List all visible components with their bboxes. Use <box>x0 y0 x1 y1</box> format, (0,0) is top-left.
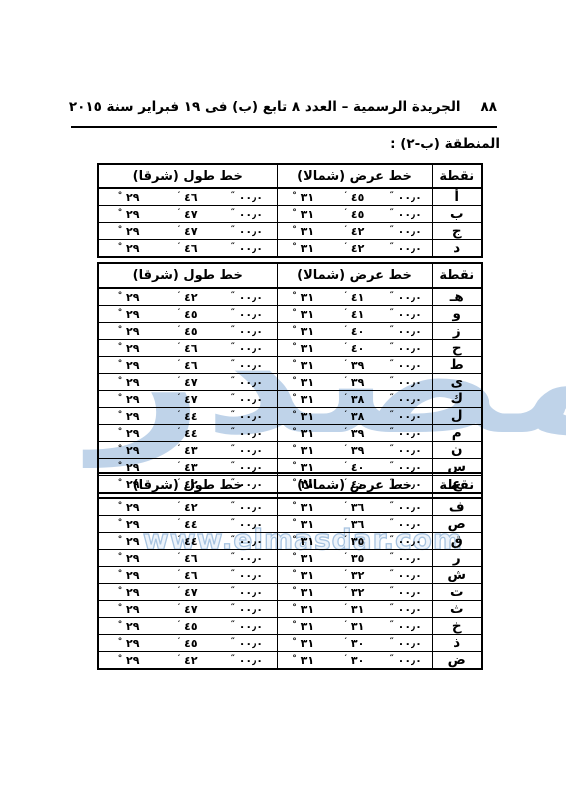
seconds-symbol: ″ <box>390 359 394 369</box>
minutes-symbol: ′ <box>178 586 180 596</box>
degrees-symbol: ° <box>118 620 123 630</box>
degrees-symbol: ° <box>118 586 123 596</box>
minutes-value: ′ ٤٥ <box>158 620 217 633</box>
degrees-symbol: ° <box>292 376 297 386</box>
minutes-value: ′ ٤٧ <box>158 376 217 389</box>
latitude-column-header: خط عرض (شمالا) <box>277 263 432 288</box>
degrees-symbol: ° <box>118 393 123 403</box>
longitude-cell: ° ٢٩′ ٤٥″ ٠٠٫٠ <box>98 618 277 635</box>
minutes-symbol: ′ <box>345 552 347 562</box>
minutes-symbol: ′ <box>345 535 347 545</box>
degrees-symbol: ° <box>292 308 297 318</box>
longitude-cell: ° ٢٩′ ٤٢″ ٠٠٫٠ <box>98 498 277 516</box>
table-row: ى° ٣١′ ٣٩″ ٠٠٫٠° ٢٩′ ٤٧″ ٠٠٫٠ <box>98 374 482 391</box>
minutes-symbol: ′ <box>178 376 180 386</box>
longitude-cell: ° ٢٩′ ٤٦″ ٠٠٫٠ <box>98 550 277 567</box>
latitude-cell: ° ٣١′ ٤٠″ ٠٠٫٠ <box>277 340 432 357</box>
table-row: ب° ٣١′ ٤٥″ ٠٠٫٠° ٢٩′ ٤٧″ ٠٠٫٠ <box>98 206 482 223</box>
degrees-value: ° ٣١ <box>278 410 329 423</box>
point-label: ك <box>432 391 482 408</box>
latitude-cell: ° ٣١′ ٣٨″ ٠٠٫٠ <box>277 408 432 425</box>
degrees-value: ° ٢٩ <box>99 342 158 355</box>
seconds-symbol: ″ <box>390 325 394 335</box>
degrees-symbol: ° <box>292 325 297 335</box>
seconds-symbol: ″ <box>231 376 235 386</box>
point-label: ر <box>432 550 482 567</box>
degrees-value: ° ٢٩ <box>99 501 158 514</box>
minutes-symbol: ′ <box>178 208 180 218</box>
minutes-value: ′ ٣٩ <box>329 376 380 389</box>
degrees-symbol: ° <box>118 569 123 579</box>
minutes-symbol: ′ <box>178 225 180 235</box>
point-label: و <box>432 306 482 323</box>
degrees-symbol: ° <box>292 225 297 235</box>
minutes-symbol: ′ <box>345 586 347 596</box>
latitude-cell: ° ٣١′ ٤١″ ٠٠٫٠ <box>277 288 432 306</box>
degrees-value: ° ٢٩ <box>99 569 158 582</box>
table-row: ن° ٣١′ ٣٩″ ٠٠٫٠° ٢٩′ ٤٣″ ٠٠٫٠ <box>98 442 482 459</box>
longitude-cell: ° ٢٩′ ٤٤″ ٠٠٫٠ <box>98 533 277 550</box>
degrees-value: ° ٣١ <box>278 518 329 531</box>
table-row: و° ٣١′ ٤١″ ٠٠٫٠° ٢٩′ ٤٥″ ٠٠٫٠ <box>98 306 482 323</box>
latitude-cell: ° ٣١′ ٣١″ ٠٠٫٠ <box>277 601 432 618</box>
seconds-value: ″ ٠٠٫٠ <box>380 501 431 514</box>
seconds-value: ″ ٠٠٫٠ <box>380 637 431 650</box>
longitude-cell: ° ٢٩′ ٤٦″ ٠٠٫٠ <box>98 240 277 258</box>
seconds-symbol: ″ <box>231 359 235 369</box>
seconds-value: ″ ٠٠٫٠ <box>217 208 276 221</box>
longitude-column-header: خط طول (شرقا) <box>98 473 277 498</box>
seconds-value: ″ ٠٠٫٠ <box>380 325 431 338</box>
minutes-symbol: ′ <box>178 308 180 318</box>
degrees-symbol: ° <box>118 410 123 420</box>
table-row: أ° ٣١′ ٤٥″ ٠٠٫٠° ٢٩′ ٤٦″ ٠٠٫٠ <box>98 188 482 206</box>
minutes-symbol: ′ <box>345 242 347 252</box>
seconds-value: ″ ٠٠٫٠ <box>217 291 276 304</box>
seconds-value: ″ ٠٠٫٠ <box>217 444 276 457</box>
latitude-cell: ° ٣١′ ٣٨″ ٠٠٫٠ <box>277 391 432 408</box>
longitude-cell: ° ٢٩′ ٤٦″ ٠٠٫٠ <box>98 188 277 206</box>
minutes-symbol: ′ <box>178 242 180 252</box>
seconds-symbol: ″ <box>390 376 394 386</box>
seconds-symbol: ″ <box>390 191 394 201</box>
degrees-symbol: ° <box>118 308 123 318</box>
degrees-value: ° ٣١ <box>278 325 329 338</box>
minutes-symbol: ′ <box>178 501 180 511</box>
minutes-symbol: ′ <box>345 225 347 235</box>
seconds-symbol: ″ <box>390 569 394 579</box>
seconds-value: ″ ٠٠٫٠ <box>380 308 431 321</box>
degrees-value: ° ٣١ <box>278 308 329 321</box>
longitude-cell: ° ٢٩′ ٤٣″ ٠٠٫٠ <box>98 442 277 459</box>
latitude-column-header: خط عرض (شمالا) <box>277 164 432 188</box>
seconds-value: ″ ٠٠٫٠ <box>380 444 431 457</box>
degrees-symbol: ° <box>292 342 297 352</box>
seconds-value: ″ ٠٠٫٠ <box>380 603 431 616</box>
latitude-cell: ° ٣١′ ٣١″ ٠٠٫٠ <box>277 618 432 635</box>
point-label: د <box>432 240 482 258</box>
degrees-value: ° ٢٩ <box>99 376 158 389</box>
minutes-value: ′ ٤٧ <box>158 586 217 599</box>
longitude-cell: ° ٢٩′ ٤٧″ ٠٠٫٠ <box>98 601 277 618</box>
seconds-symbol: ″ <box>390 291 394 301</box>
degrees-value: ° ٣١ <box>278 654 329 667</box>
longitude-cell: ° ٢٩′ ٤٦″ ٠٠٫٠ <box>98 357 277 374</box>
minutes-value: ′ ٣٩ <box>329 444 380 457</box>
latitude-cell: ° ٣١′ ٣٥″ ٠٠٫٠ <box>277 533 432 550</box>
point-label: ط <box>432 357 482 374</box>
seconds-symbol: ″ <box>231 342 235 352</box>
seconds-symbol: ″ <box>231 191 235 201</box>
minutes-symbol: ′ <box>345 637 347 647</box>
seconds-symbol: ″ <box>231 461 235 471</box>
seconds-symbol: ″ <box>231 427 235 437</box>
minutes-symbol: ′ <box>178 342 180 352</box>
coordinates-table-1: نقطة خط عرض (شمالا) خط طول (شرقا) أ° ٣١′… <box>99 163 483 258</box>
latitude-cell: ° ٣١′ ٣٩″ ٠٠٫٠ <box>277 357 432 374</box>
seconds-symbol: ″ <box>231 501 235 511</box>
seconds-symbol: ″ <box>390 586 394 596</box>
latitude-cell: ° ٣١′ ٣٠″ ٠٠٫٠ <box>277 635 432 652</box>
minutes-symbol: ′ <box>178 654 180 664</box>
degrees-symbol: ° <box>292 393 297 403</box>
minutes-value: ′ ٤٦ <box>158 342 217 355</box>
seconds-symbol: ″ <box>390 242 394 252</box>
seconds-value: ″ ٠٠٫٠ <box>217 410 276 423</box>
table-header-row: نقطة خط عرض (شمالا) خط طول (شرقا) <box>98 263 482 288</box>
minutes-symbol: ′ <box>345 208 347 218</box>
minutes-value: ′ ٤٧ <box>158 208 217 221</box>
minutes-symbol: ′ <box>178 637 180 647</box>
minutes-symbol: ′ <box>345 342 347 352</box>
degrees-value: ° ٣١ <box>278 342 329 355</box>
minutes-value: ′ ٤٦ <box>158 569 217 582</box>
seconds-symbol: ″ <box>390 654 394 664</box>
seconds-value: ″ ٠٠٫٠ <box>217 569 276 582</box>
longitude-cell: ° ٢٩′ ٤٥″ ٠٠٫٠ <box>98 635 277 652</box>
point-label: ح <box>432 340 482 357</box>
header-divider <box>71 126 497 128</box>
degrees-value: ° ٢٩ <box>99 359 158 372</box>
seconds-symbol: ″ <box>231 637 235 647</box>
minutes-symbol: ′ <box>178 427 180 437</box>
seconds-value: ″ ٠٠٫٠ <box>380 569 431 582</box>
minutes-value: ′ ٤٦ <box>158 359 217 372</box>
point-label: ت <box>432 584 482 601</box>
point-label: ض <box>432 652 482 670</box>
degrees-symbol: ° <box>118 242 123 252</box>
minutes-symbol: ′ <box>345 620 347 630</box>
gazette-title: الجريدة الرسمية – العدد ٨ تابع (ب) فى ١٩… <box>69 99 461 115</box>
degrees-value: ° ٣١ <box>278 620 329 633</box>
seconds-symbol: ″ <box>390 501 394 511</box>
table-row: ذ° ٣١′ ٣٠″ ٠٠٫٠° ٢٩′ ٤٥″ ٠٠٫٠ <box>98 635 482 652</box>
minutes-value: ′ ٤٤ <box>158 410 217 423</box>
table-row: ر° ٣١′ ٣٥″ ٠٠٫٠° ٢٩′ ٤٦″ ٠٠٫٠ <box>98 550 482 567</box>
longitude-cell: ° ٢٩′ ٤٧″ ٠٠٫٠ <box>98 374 277 391</box>
degrees-symbol: ° <box>292 461 297 471</box>
minutes-symbol: ′ <box>178 518 180 528</box>
minutes-symbol: ′ <box>178 359 180 369</box>
seconds-symbol: ″ <box>231 444 235 454</box>
minutes-value: ′ ٤١ <box>329 308 380 321</box>
degrees-symbol: ° <box>118 191 123 201</box>
degrees-symbol: ° <box>118 208 123 218</box>
degrees-value: ° ٣١ <box>278 359 329 372</box>
seconds-value: ″ ٠٠٫٠ <box>380 342 431 355</box>
minutes-value: ′ ٣٠ <box>329 654 380 667</box>
seconds-value: ″ ٠٠٫٠ <box>217 393 276 406</box>
latitude-cell: ° ٣١′ ٤٢″ ٠٠٫٠ <box>277 223 432 240</box>
minutes-symbol: ′ <box>178 552 180 562</box>
degrees-symbol: ° <box>292 501 297 511</box>
table-row: ف° ٣١′ ٣٦″ ٠٠٫٠° ٢٩′ ٤٢″ ٠٠٫٠ <box>98 498 482 516</box>
minutes-value: ′ ٤٢ <box>158 291 217 304</box>
minutes-symbol: ′ <box>345 444 347 454</box>
seconds-symbol: ″ <box>390 461 394 471</box>
degrees-value: ° ٢٩ <box>99 242 158 255</box>
latitude-cell: ° ٣١′ ٤٥″ ٠٠٫٠ <box>277 206 432 223</box>
minutes-value: ′ ٤٦ <box>158 242 217 255</box>
coordinates-table: نقطة خط عرض (شمالا) خط طول (شرقا) ف° ٣١′… <box>97 472 483 670</box>
point-label: هـ <box>432 288 482 306</box>
seconds-value: ″ ٠٠٫٠ <box>217 342 276 355</box>
point-label: ل <box>432 408 482 425</box>
degrees-value: ° ٢٩ <box>99 393 158 406</box>
minutes-symbol: ′ <box>345 376 347 386</box>
point-label: م <box>432 425 482 442</box>
page-header: ٨٨ الجريدة الرسمية – العدد ٨ تابع (ب) فى… <box>70 99 497 115</box>
coordinates-table-3: نقطة خط عرض (شمالا) خط طول (شرقا) ف° ٣١′… <box>99 472 483 670</box>
point-label: ى <box>432 374 482 391</box>
minutes-value: ′ ٣٨ <box>329 410 380 423</box>
degrees-symbol: ° <box>292 569 297 579</box>
degrees-symbol: ° <box>292 208 297 218</box>
seconds-symbol: ″ <box>390 444 394 454</box>
minutes-symbol: ′ <box>345 308 347 318</box>
seconds-value: ″ ٠٠٫٠ <box>380 242 431 255</box>
seconds-symbol: ″ <box>390 393 394 403</box>
seconds-value: ″ ٠٠٫٠ <box>217 518 276 531</box>
table-row: م° ٣١′ ٣٩″ ٠٠٫٠° ٢٩′ ٤٤″ ٠٠٫٠ <box>98 425 482 442</box>
longitude-cell: ° ٢٩′ ٤٤″ ٠٠٫٠ <box>98 408 277 425</box>
seconds-symbol: ″ <box>390 637 394 647</box>
minutes-value: ′ ٣٦ <box>329 501 380 514</box>
table-header-row: نقطة خط عرض (شمالا) خط طول (شرقا) <box>98 164 482 188</box>
degrees-value: ° ٣١ <box>278 191 329 204</box>
minutes-value: ′ ٣١ <box>329 603 380 616</box>
seconds-symbol: ″ <box>231 654 235 664</box>
seconds-value: ″ ٠٠٫٠ <box>217 427 276 440</box>
point-column-header: نقطة <box>432 164 482 188</box>
minutes-value: ′ ٣٠ <box>329 637 380 650</box>
minutes-symbol: ′ <box>345 393 347 403</box>
seconds-value: ″ ٠٠٫٠ <box>380 620 431 633</box>
degrees-value: ° ٢٩ <box>99 225 158 238</box>
degrees-value: ° ٣١ <box>278 444 329 457</box>
seconds-symbol: ″ <box>390 603 394 613</box>
seconds-value: ″ ٠٠٫٠ <box>217 501 276 514</box>
degrees-symbol: ° <box>292 620 297 630</box>
latitude-cell: ° ٣١′ ٤٥″ ٠٠٫٠ <box>277 188 432 206</box>
point-label: ز <box>432 323 482 340</box>
degrees-value: ° ٢٩ <box>99 427 158 440</box>
minutes-value: ′ ٤٧ <box>158 225 217 238</box>
longitude-cell: ° ٢٩′ ٤٥″ ٠٠٫٠ <box>98 306 277 323</box>
minutes-value: ′ ٤٥ <box>158 325 217 338</box>
longitude-column-header: خط طول (شرقا) <box>98 164 277 188</box>
degrees-value: ° ٢٩ <box>99 325 158 338</box>
minutes-symbol: ′ <box>178 191 180 201</box>
longitude-cell: ° ٢٩′ ٤٥″ ٠٠٫٠ <box>98 323 277 340</box>
degrees-symbol: ° <box>292 552 297 562</box>
latitude-cell: ° ٣١′ ٣٥″ ٠٠٫٠ <box>277 550 432 567</box>
coordinates-table: نقطة خط عرض (شمالا) خط طول (شرقا) هـ° ٣١… <box>97 262 483 494</box>
point-label: ج <box>432 223 482 240</box>
degrees-value: ° ٣١ <box>278 208 329 221</box>
degrees-value: ° ٣١ <box>278 637 329 650</box>
degrees-symbol: ° <box>118 603 123 613</box>
minutes-value: ′ ٣٥ <box>329 535 380 548</box>
degrees-symbol: ° <box>118 291 123 301</box>
seconds-symbol: ″ <box>231 569 235 579</box>
seconds-symbol: ″ <box>231 393 235 403</box>
seconds-value: ″ ٠٠٫٠ <box>217 376 276 389</box>
point-column-header: نقطة <box>432 263 482 288</box>
point-label: ق <box>432 533 482 550</box>
seconds-symbol: ″ <box>231 620 235 630</box>
degrees-symbol: ° <box>292 535 297 545</box>
seconds-value: ″ ٠٠٫٠ <box>217 242 276 255</box>
degrees-value: ° ٣١ <box>278 569 329 582</box>
seconds-value: ″ ٠٠٫٠ <box>380 535 431 548</box>
seconds-symbol: ″ <box>231 208 235 218</box>
seconds-value: ″ ٠٠٫٠ <box>380 654 431 667</box>
longitude-cell: ° ٢٩′ ٤٧″ ٠٠٫٠ <box>98 206 277 223</box>
minutes-value: ′ ٤١ <box>329 291 380 304</box>
degrees-value: ° ٣١ <box>278 586 329 599</box>
degrees-symbol: ° <box>118 501 123 511</box>
latitude-column-header: خط عرض (شمالا) <box>277 473 432 498</box>
minutes-symbol: ′ <box>178 603 180 613</box>
table-row: ش° ٣١′ ٣٢″ ٠٠٫٠° ٢٩′ ٤٦″ ٠٠٫٠ <box>98 567 482 584</box>
point-label: ف <box>432 498 482 516</box>
minutes-symbol: ′ <box>178 535 180 545</box>
minutes-symbol: ′ <box>178 569 180 579</box>
seconds-value: ″ ٠٠٫٠ <box>217 359 276 372</box>
degrees-symbol: ° <box>292 291 297 301</box>
minutes-value: ′ ٣٥ <box>329 552 380 565</box>
latitude-cell: ° ٣١′ ٣٩″ ٠٠٫٠ <box>277 425 432 442</box>
minutes-symbol: ′ <box>178 291 180 301</box>
degrees-value: ° ٢٩ <box>99 586 158 599</box>
seconds-symbol: ″ <box>231 291 235 301</box>
table-header-row: نقطة خط عرض (شمالا) خط طول (شرقا) <box>98 473 482 498</box>
degrees-symbol: ° <box>292 654 297 664</box>
longitude-cell: ° ٢٩′ ٤٤″ ٠٠٫٠ <box>98 425 277 442</box>
seconds-value: ″ ٠٠٫٠ <box>380 376 431 389</box>
section-label: المنطقة (ب-٢) : <box>390 136 500 152</box>
minutes-value: ′ ٤٥ <box>158 637 217 650</box>
table-row: د° ٣١′ ٤٢″ ٠٠٫٠° ٢٩′ ٤٦″ ٠٠٫٠ <box>98 240 482 258</box>
seconds-value: ″ ٠٠٫٠ <box>217 654 276 667</box>
seconds-symbol: ″ <box>390 308 394 318</box>
longitude-cell: ° ٢٩′ ٤٧″ ٠٠٫٠ <box>98 223 277 240</box>
seconds-value: ″ ٠٠٫٠ <box>217 620 276 633</box>
minutes-symbol: ′ <box>345 603 347 613</box>
degrees-symbol: ° <box>292 637 297 647</box>
minutes-symbol: ′ <box>178 410 180 420</box>
latitude-cell: ° ٣١′ ٤٢″ ٠٠٫٠ <box>277 240 432 258</box>
latitude-cell: ° ٣١′ ٤١″ ٠٠٫٠ <box>277 306 432 323</box>
table-row: ت° ٣١′ ٣٢″ ٠٠٫٠° ٢٩′ ٤٧″ ٠٠٫٠ <box>98 584 482 601</box>
seconds-value: ″ ٠٠٫٠ <box>380 291 431 304</box>
latitude-cell: ° ٣١′ ٣٩″ ٠٠٫٠ <box>277 442 432 459</box>
minutes-symbol: ′ <box>178 393 180 403</box>
minutes-symbol: ′ <box>345 654 347 664</box>
seconds-symbol: ″ <box>390 225 394 235</box>
table-row: ص° ٣١′ ٣٦″ ٠٠٫٠° ٢٩′ ٤٤″ ٠٠٫٠ <box>98 516 482 533</box>
seconds-value: ″ ٠٠٫٠ <box>217 552 276 565</box>
degrees-symbol: ° <box>118 535 123 545</box>
degrees-symbol: ° <box>118 376 123 386</box>
seconds-value: ″ ٠٠٫٠ <box>380 208 431 221</box>
degrees-value: ° ٢٩ <box>99 208 158 221</box>
minutes-value: ′ ٤٢ <box>158 654 217 667</box>
table-row: ح° ٣١′ ٤٠″ ٠٠٫٠° ٢٩′ ٤٦″ ٠٠٫٠ <box>98 340 482 357</box>
minutes-value: ′ ٤٠ <box>329 342 380 355</box>
seconds-value: ″ ٠٠٫٠ <box>217 325 276 338</box>
seconds-value: ″ ٠٠٫٠ <box>217 191 276 204</box>
seconds-symbol: ″ <box>231 552 235 562</box>
table-row: هـ° ٣١′ ٤١″ ٠٠٫٠° ٢٩′ ٤٢″ ٠٠٫٠ <box>98 288 482 306</box>
degrees-value: ° ٣١ <box>278 393 329 406</box>
minutes-value: ′ ٣٢ <box>329 586 380 599</box>
minutes-value: ′ ٤٥ <box>329 191 380 204</box>
degrees-value: ° ٢٩ <box>99 654 158 667</box>
degrees-value: ° ٢٩ <box>99 518 158 531</box>
point-label: ش <box>432 567 482 584</box>
longitude-cell: ° ٢٩′ ٤٧″ ٠٠٫٠ <box>98 391 277 408</box>
seconds-symbol: ″ <box>390 410 394 420</box>
degrees-symbol: ° <box>118 654 123 664</box>
page-number: ٨٨ <box>481 99 497 115</box>
minutes-value: ′ ٣١ <box>329 620 380 633</box>
seconds-symbol: ″ <box>231 308 235 318</box>
degrees-value: ° ٢٩ <box>99 410 158 423</box>
degrees-symbol: ° <box>292 603 297 613</box>
degrees-symbol: ° <box>292 586 297 596</box>
degrees-value: ° ٣١ <box>278 501 329 514</box>
coordinates-table-2: نقطة خط عرض (شمالا) خط طول (شرقا) هـ° ٣١… <box>99 262 483 494</box>
minutes-symbol: ′ <box>178 620 180 630</box>
seconds-value: ″ ٠٠٫٠ <box>217 308 276 321</box>
minutes-symbol: ′ <box>345 501 347 511</box>
seconds-value: ″ ٠٠٫٠ <box>380 359 431 372</box>
degrees-symbol: ° <box>118 461 123 471</box>
gazette-page: المصدر www.elmasdar.com ٨٨ الجريدة الرسم… <box>0 0 566 800</box>
table-row: ك° ٣١′ ٣٨″ ٠٠٫٠° ٢٩′ ٤٧″ ٠٠٫٠ <box>98 391 482 408</box>
degrees-value: ° ٢٩ <box>99 637 158 650</box>
point-label: ث <box>432 601 482 618</box>
seconds-value: ″ ٠٠٫٠ <box>217 603 276 616</box>
minutes-value: ′ ٤٣ <box>158 444 217 457</box>
minutes-value: ′ ٣٩ <box>329 359 380 372</box>
table-row: ث° ٣١′ ٣١″ ٠٠٫٠° ٢٩′ ٤٧″ ٠٠٫٠ <box>98 601 482 618</box>
degrees-value: ° ٢٩ <box>99 535 158 548</box>
minutes-value: ′ ٤٢ <box>329 225 380 238</box>
minutes-symbol: ′ <box>345 569 347 579</box>
